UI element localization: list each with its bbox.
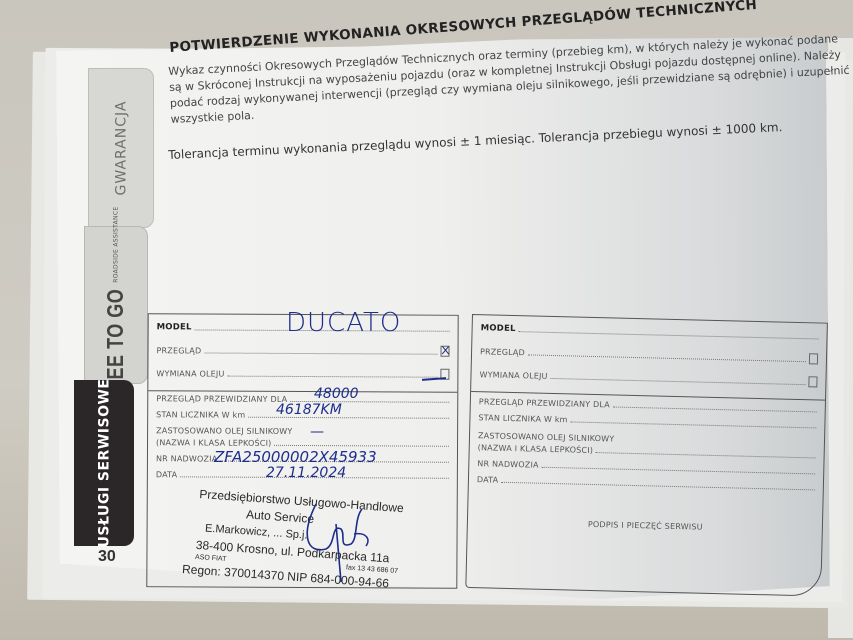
- row-przeglad-przewidziany: PRZEGLĄD PRZEWIDZIANY DLA: [479, 397, 817, 414]
- signature: [296, 494, 376, 584]
- row-model: MODEL: [481, 323, 819, 341]
- tab-free-to-go[interactable]: FREE TO GO ROADSIDE ASSISTANCE: [84, 226, 148, 384]
- section-model: MODEL PRZEGLĄD WYMIANA OLEJU: [471, 315, 827, 401]
- row-stan-licznika: STAN LICZNIKA W km: [478, 413, 816, 430]
- row-przeglad: PRZEGLĄD: [156, 344, 449, 357]
- tab-uslugi-serwisowe[interactable]: USŁUGI SERWISOWE: [74, 380, 134, 546]
- checkbox-przeglad[interactable]: [809, 353, 818, 364]
- handwritten-nr-nadwozia: ZFA25000002X45933: [214, 448, 377, 466]
- page-number: 30: [98, 548, 116, 566]
- handwritten-stan-licznika: 46187KM: [276, 402, 342, 418]
- service-record-right: MODEL PRZEGLĄD WYMIANA OLEJU PRZEGLĄD PR…: [465, 314, 828, 597]
- handwritten-olej: —: [310, 424, 324, 440]
- checkbox-przeglad[interactable]: [440, 346, 449, 357]
- tab-gwarancja[interactable]: GWARANCJA: [88, 68, 154, 228]
- row-przeglad: PRZEGLĄD: [480, 345, 818, 364]
- row-data: DATA: [477, 475, 815, 492]
- row-olej-1: ZASTOSOWANO OLEJ SILNIKOWY: [156, 426, 449, 437]
- tab-sublabel: ROADSIDE ASSISTANCE: [113, 206, 120, 282]
- row-wymiana-oleju: WYMIANA OLEJU: [479, 368, 817, 387]
- signature-label: PODPIS I PIECZĘĆ SERWISU: [588, 520, 703, 532]
- handwritten-model: DUCATO: [286, 308, 401, 338]
- tab-label: GWARANCJA: [113, 101, 129, 196]
- checkbox-wymiana-oleju[interactable]: [808, 376, 817, 387]
- tab-label: USŁUGI SERWISOWE: [96, 379, 112, 548]
- handwritten-data: 27.11.2024: [266, 465, 346, 481]
- row-nr-nadwozia: NR NADWOZIA: [477, 459, 815, 476]
- row-wymiana-oleju: WYMIANA OLEJU: [156, 367, 449, 380]
- handwritten-przeglad-przewidziany: 48000: [314, 386, 359, 402]
